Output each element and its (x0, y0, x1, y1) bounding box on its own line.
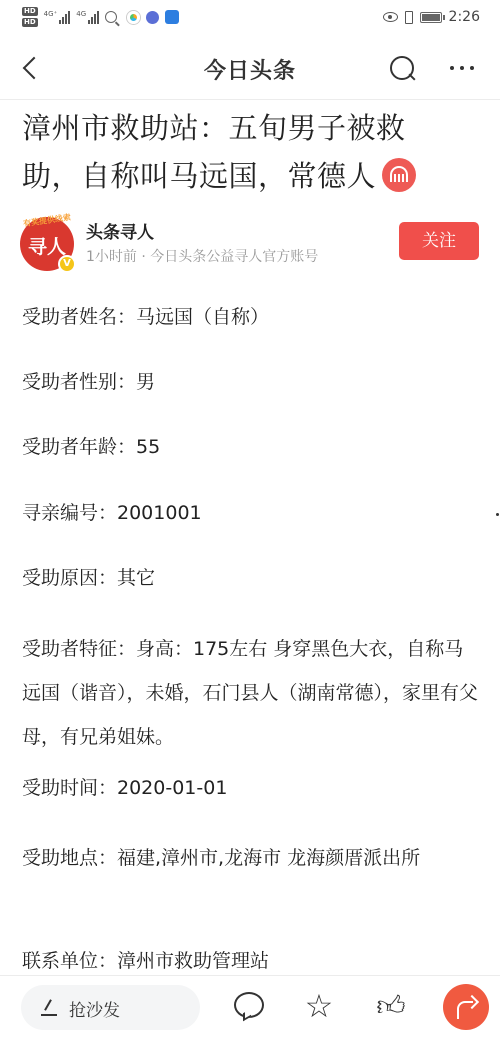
paragraph-gender: 受助者性别：男 (22, 365, 482, 399)
status-bar: HD HD 4G⁺ 4G 2:26 (0, 0, 500, 38)
follow-button[interactable]: 关注 (399, 222, 479, 260)
comment-icon[interactable] (232, 990, 264, 1022)
paragraph-reason: 受助原因：其它 (22, 561, 482, 595)
author-row: 有奖提供线索 寻人 V 头条寻人 1小时前 · 今日头条公益寻人官方账号 关注 (0, 210, 500, 280)
search-icon (105, 11, 117, 23)
bottom-action-bar: 抢沙发 ☆ 👍︎ (0, 975, 500, 1038)
clock: 2:26 (449, 9, 480, 25)
paragraph-name: 受助者姓名：马远国（自称） (22, 300, 482, 334)
more-button[interactable] (450, 66, 474, 70)
app-icon-browser (127, 11, 140, 24)
status-left: HD HD 4G⁺ 4G (22, 7, 179, 27)
signal-4g-icon: 4G (76, 10, 99, 24)
hd-indicators: HD HD (22, 7, 38, 27)
app-title: 今日头条 (0, 54, 500, 85)
app-icon-store (165, 10, 179, 24)
paragraph-case-number: 寻亲编号：2001001 (22, 496, 482, 530)
comment-placeholder: 抢沙发 (69, 996, 120, 1021)
article-title: 漳州市救助站：五旬男子被救助，自称叫马远国，常德人 (22, 104, 462, 200)
comment-input[interactable]: 抢沙发 (21, 985, 200, 1030)
share-button[interactable] (443, 984, 489, 1030)
paragraph-contact: 联系单位：漳州市救助管理站 (22, 944, 482, 978)
author-name[interactable]: 头条寻人 (86, 218, 154, 243)
app-icon-music (146, 11, 159, 24)
thumbs-up-icon[interactable]: 👍︎ (375, 990, 407, 1022)
nav-bar: 今日头条 (0, 38, 500, 100)
more-dots-icon (450, 66, 454, 70)
headphones-icon[interactable] (382, 158, 416, 192)
paragraph-location: 受助地点：福建,漳州市,龙海市 龙海颜厝派出所 (22, 836, 482, 880)
avatar-banner-text: 有奖提供线索 (18, 211, 77, 230)
paragraph-time: 受助时间：2020-01-01 (22, 771, 482, 805)
paragraph-features: 受助者特征：身高：175左右 身穿黑色大衣，自称马远国（谐音），未婚，石门县人（… (22, 627, 482, 759)
edge-dot (496, 513, 499, 516)
article-title-text: 漳州市救助站：五旬男子被救助，自称叫马远国，常德人 (22, 111, 406, 193)
search-button[interactable] (389, 55, 417, 83)
status-right: 2:26 (383, 9, 480, 25)
vibrate-icon (405, 11, 413, 24)
eye-icon (383, 12, 398, 22)
signal-4g-plus-icon: 4G⁺ (44, 10, 71, 24)
hd-icon: HD (22, 7, 38, 16)
paragraph-age: 受助者年龄：55 (22, 430, 482, 464)
battery-icon (420, 12, 442, 23)
hd-icon: HD (22, 18, 38, 27)
avatar[interactable]: 有奖提供线索 寻人 V (20, 217, 74, 271)
author-meta: 1小时前 · 今日头条公益寻人官方账号 (86, 246, 318, 266)
star-icon[interactable]: ☆ (303, 990, 335, 1022)
pen-icon (41, 999, 57, 1015)
verified-badge-icon: V (58, 255, 76, 273)
